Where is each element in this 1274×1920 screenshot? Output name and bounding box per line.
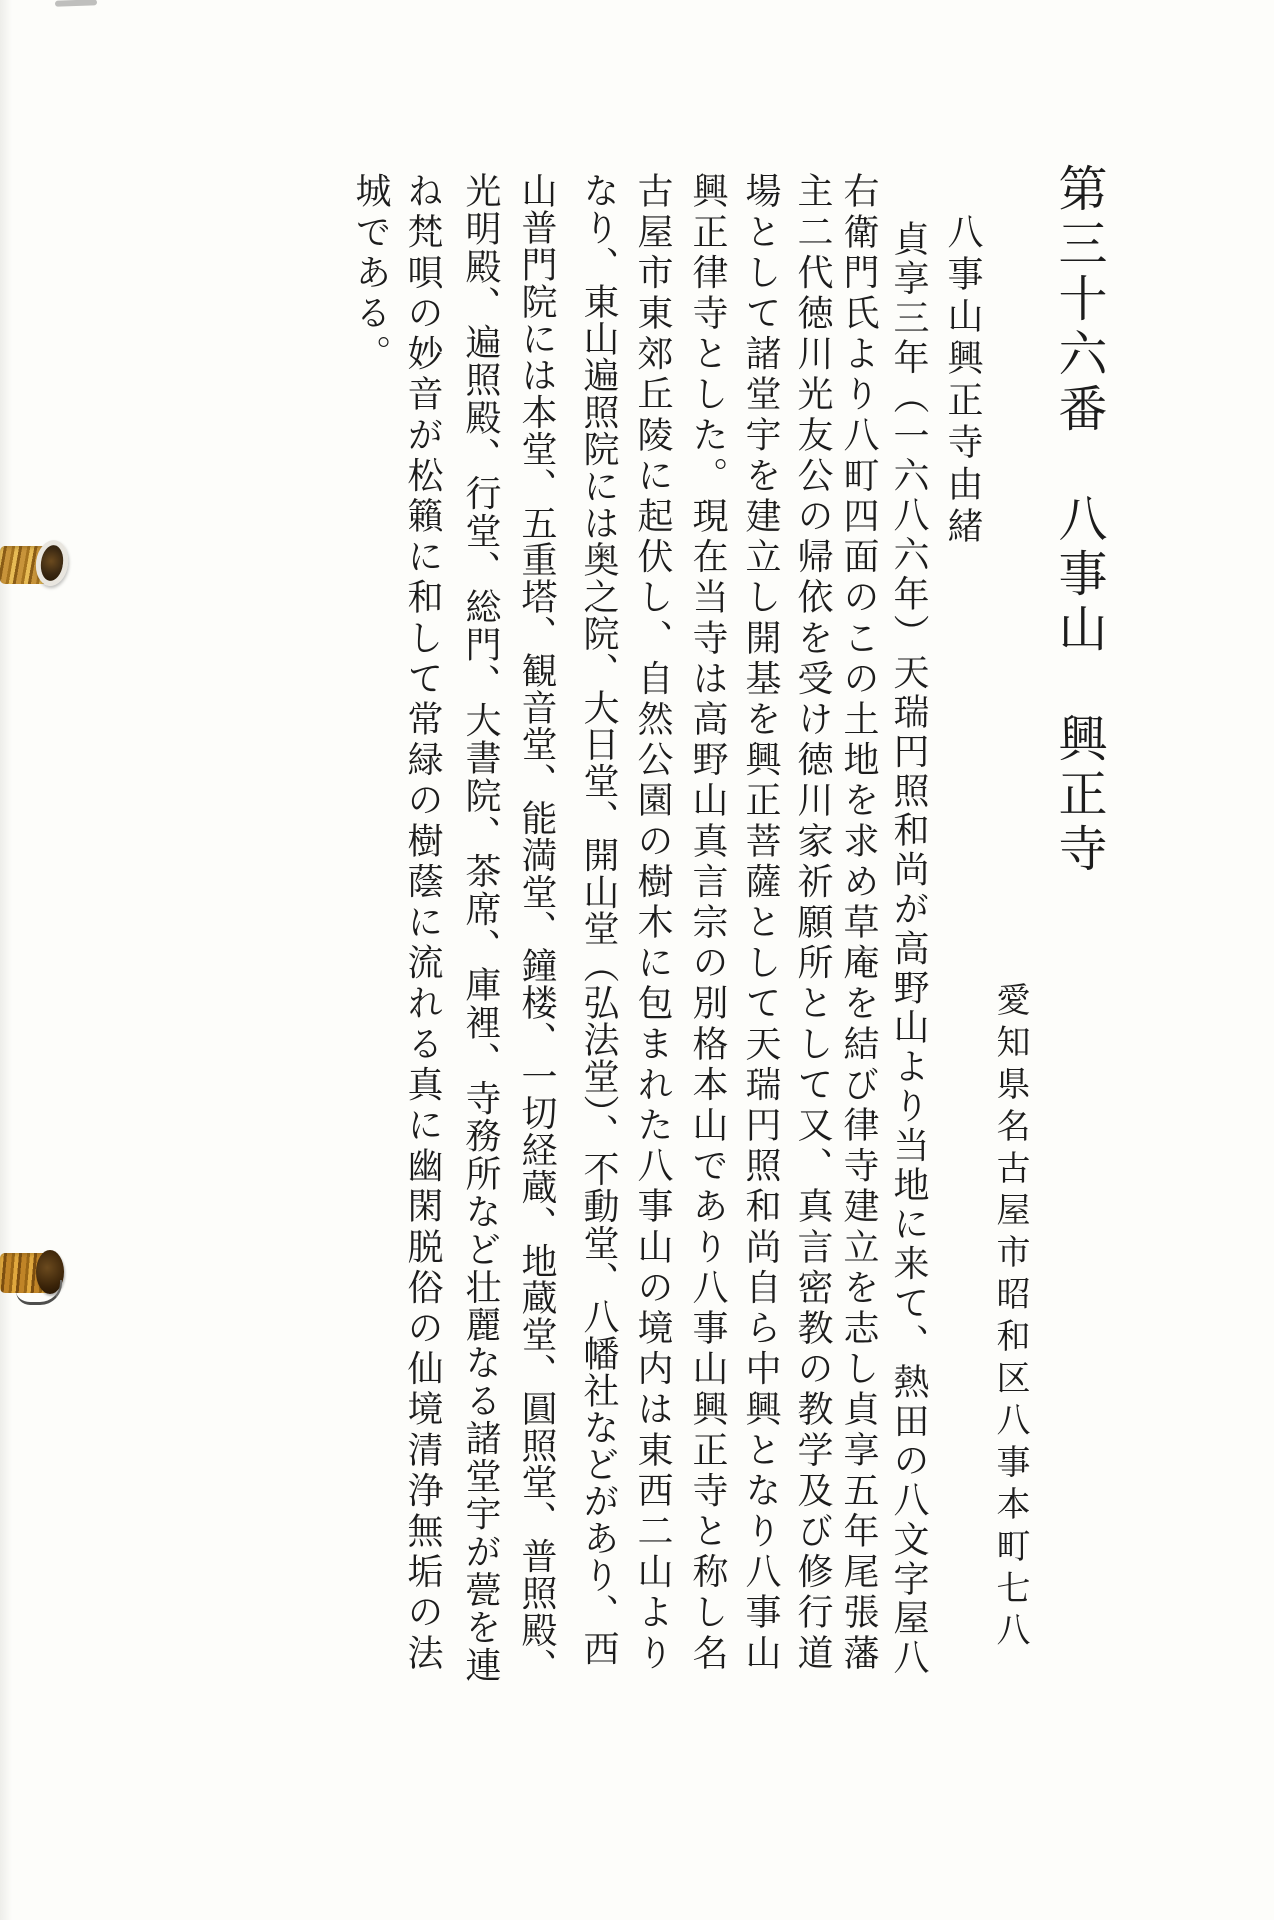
body-column: なり、東山遍照院には奥之院、大日堂、開山堂（弘法堂）、不動堂、八幡社などがあり、… [574,172,622,1712]
paper-smudge [55,0,97,7]
temple-address: 愛知県名古屋市昭和区八事本町七八 [986,982,1034,1682]
document-page: 第三十六番 八事山 興正寺 愛知県名古屋市昭和区八事本町七八 八事山興正寺由緒 … [0,0,1274,1920]
binding-cord-top [0,540,72,592]
binding-cord-bottom [0,1248,66,1306]
body-column: 城である。 [346,172,394,1712]
body-column: 貞享三年（一六八六年）天瑞円照和尚が高野山より当地に来て、熱田の八文字屋八 [884,220,932,1760]
body-column: 主二代徳川光友公の帰依を受け徳川家祈願所として又、真言密教の教学及び修行道 [788,172,836,1712]
page-edge-shadow [0,0,12,1920]
body-column: ね梵唄の妙音が松籟に和して常緑の樹蔭に流れる真に幽閑脱俗の仙境清浄無垢の法 [398,172,446,1712]
section-heading: 八事山興正寺由緒 [938,213,986,573]
body-column: 山普門院には本堂、五重塔、観音堂、能満堂、鐘楼、一切経蔵、地蔵堂、圓照堂、普照殿… [512,172,560,1712]
body-column: 光明殿、遍照殿、行堂、総門、大書院、茶席、庫裡、寺務所など壮麗なる諸堂宇が甍を連 [456,172,504,1712]
page-title: 第三十六番 八事山 興正寺 [1048,163,1110,903]
body-column: 古屋市東郊丘陵に起伏し、自然公園の樹木に包まれた八事山の境内は東西二山より [628,172,676,1712]
body-column: 右衛門氏より八町四面のこの土地を求め草庵を結び律寺建立を志し貞享五年尾張藩 [834,172,882,1712]
cord-wire-shadow [16,1280,62,1305]
body-column: 場として諸堂宇を建立し開基を興正菩薩として天瑞円照和尚自ら中興となり八事山 [736,172,784,1712]
body-column: 興正律寺とした。現在当寺は高野山真言宗の別格本山であり八事山興正寺と称し名 [683,172,731,1712]
